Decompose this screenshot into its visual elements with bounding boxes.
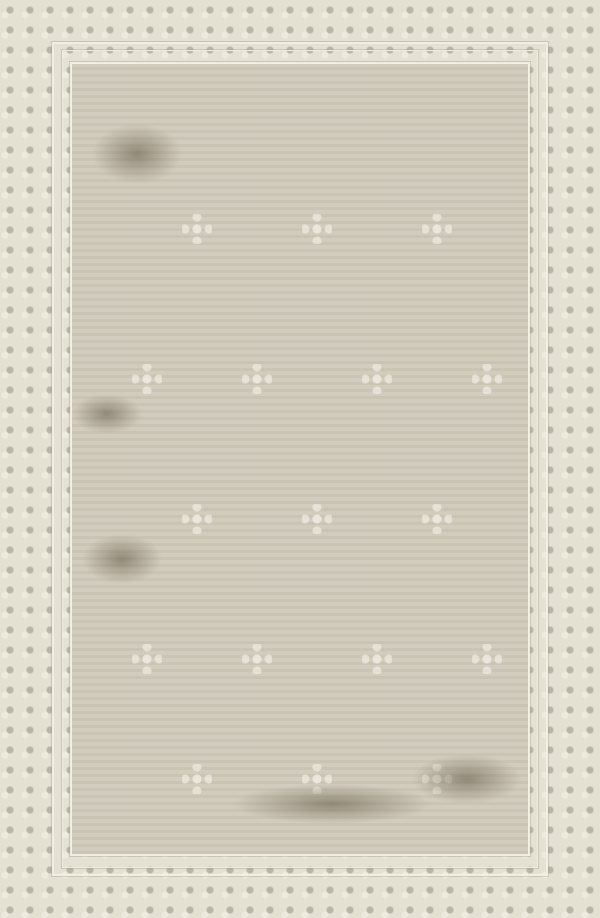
distress-patch — [92, 124, 182, 184]
floral-motif — [472, 644, 502, 674]
distress-patch — [72, 394, 142, 434]
distress-patch — [412, 754, 522, 804]
floral-motif — [182, 764, 212, 794]
floral-motif — [422, 504, 452, 534]
floral-motif — [302, 214, 332, 244]
floral-motif — [362, 644, 392, 674]
rug-photo — [0, 0, 600, 918]
floral-motif — [182, 504, 212, 534]
floral-motif — [302, 504, 332, 534]
floral-motif — [422, 214, 452, 244]
distress-patch — [82, 534, 162, 584]
floral-motif — [242, 364, 272, 394]
floral-motif — [242, 644, 272, 674]
floral-motif — [132, 364, 162, 394]
floral-motif — [182, 214, 212, 244]
floral-motif — [472, 364, 502, 394]
distress-patch — [232, 784, 432, 824]
rug-field — [72, 64, 528, 854]
floral-motif — [362, 364, 392, 394]
floral-motif — [132, 644, 162, 674]
